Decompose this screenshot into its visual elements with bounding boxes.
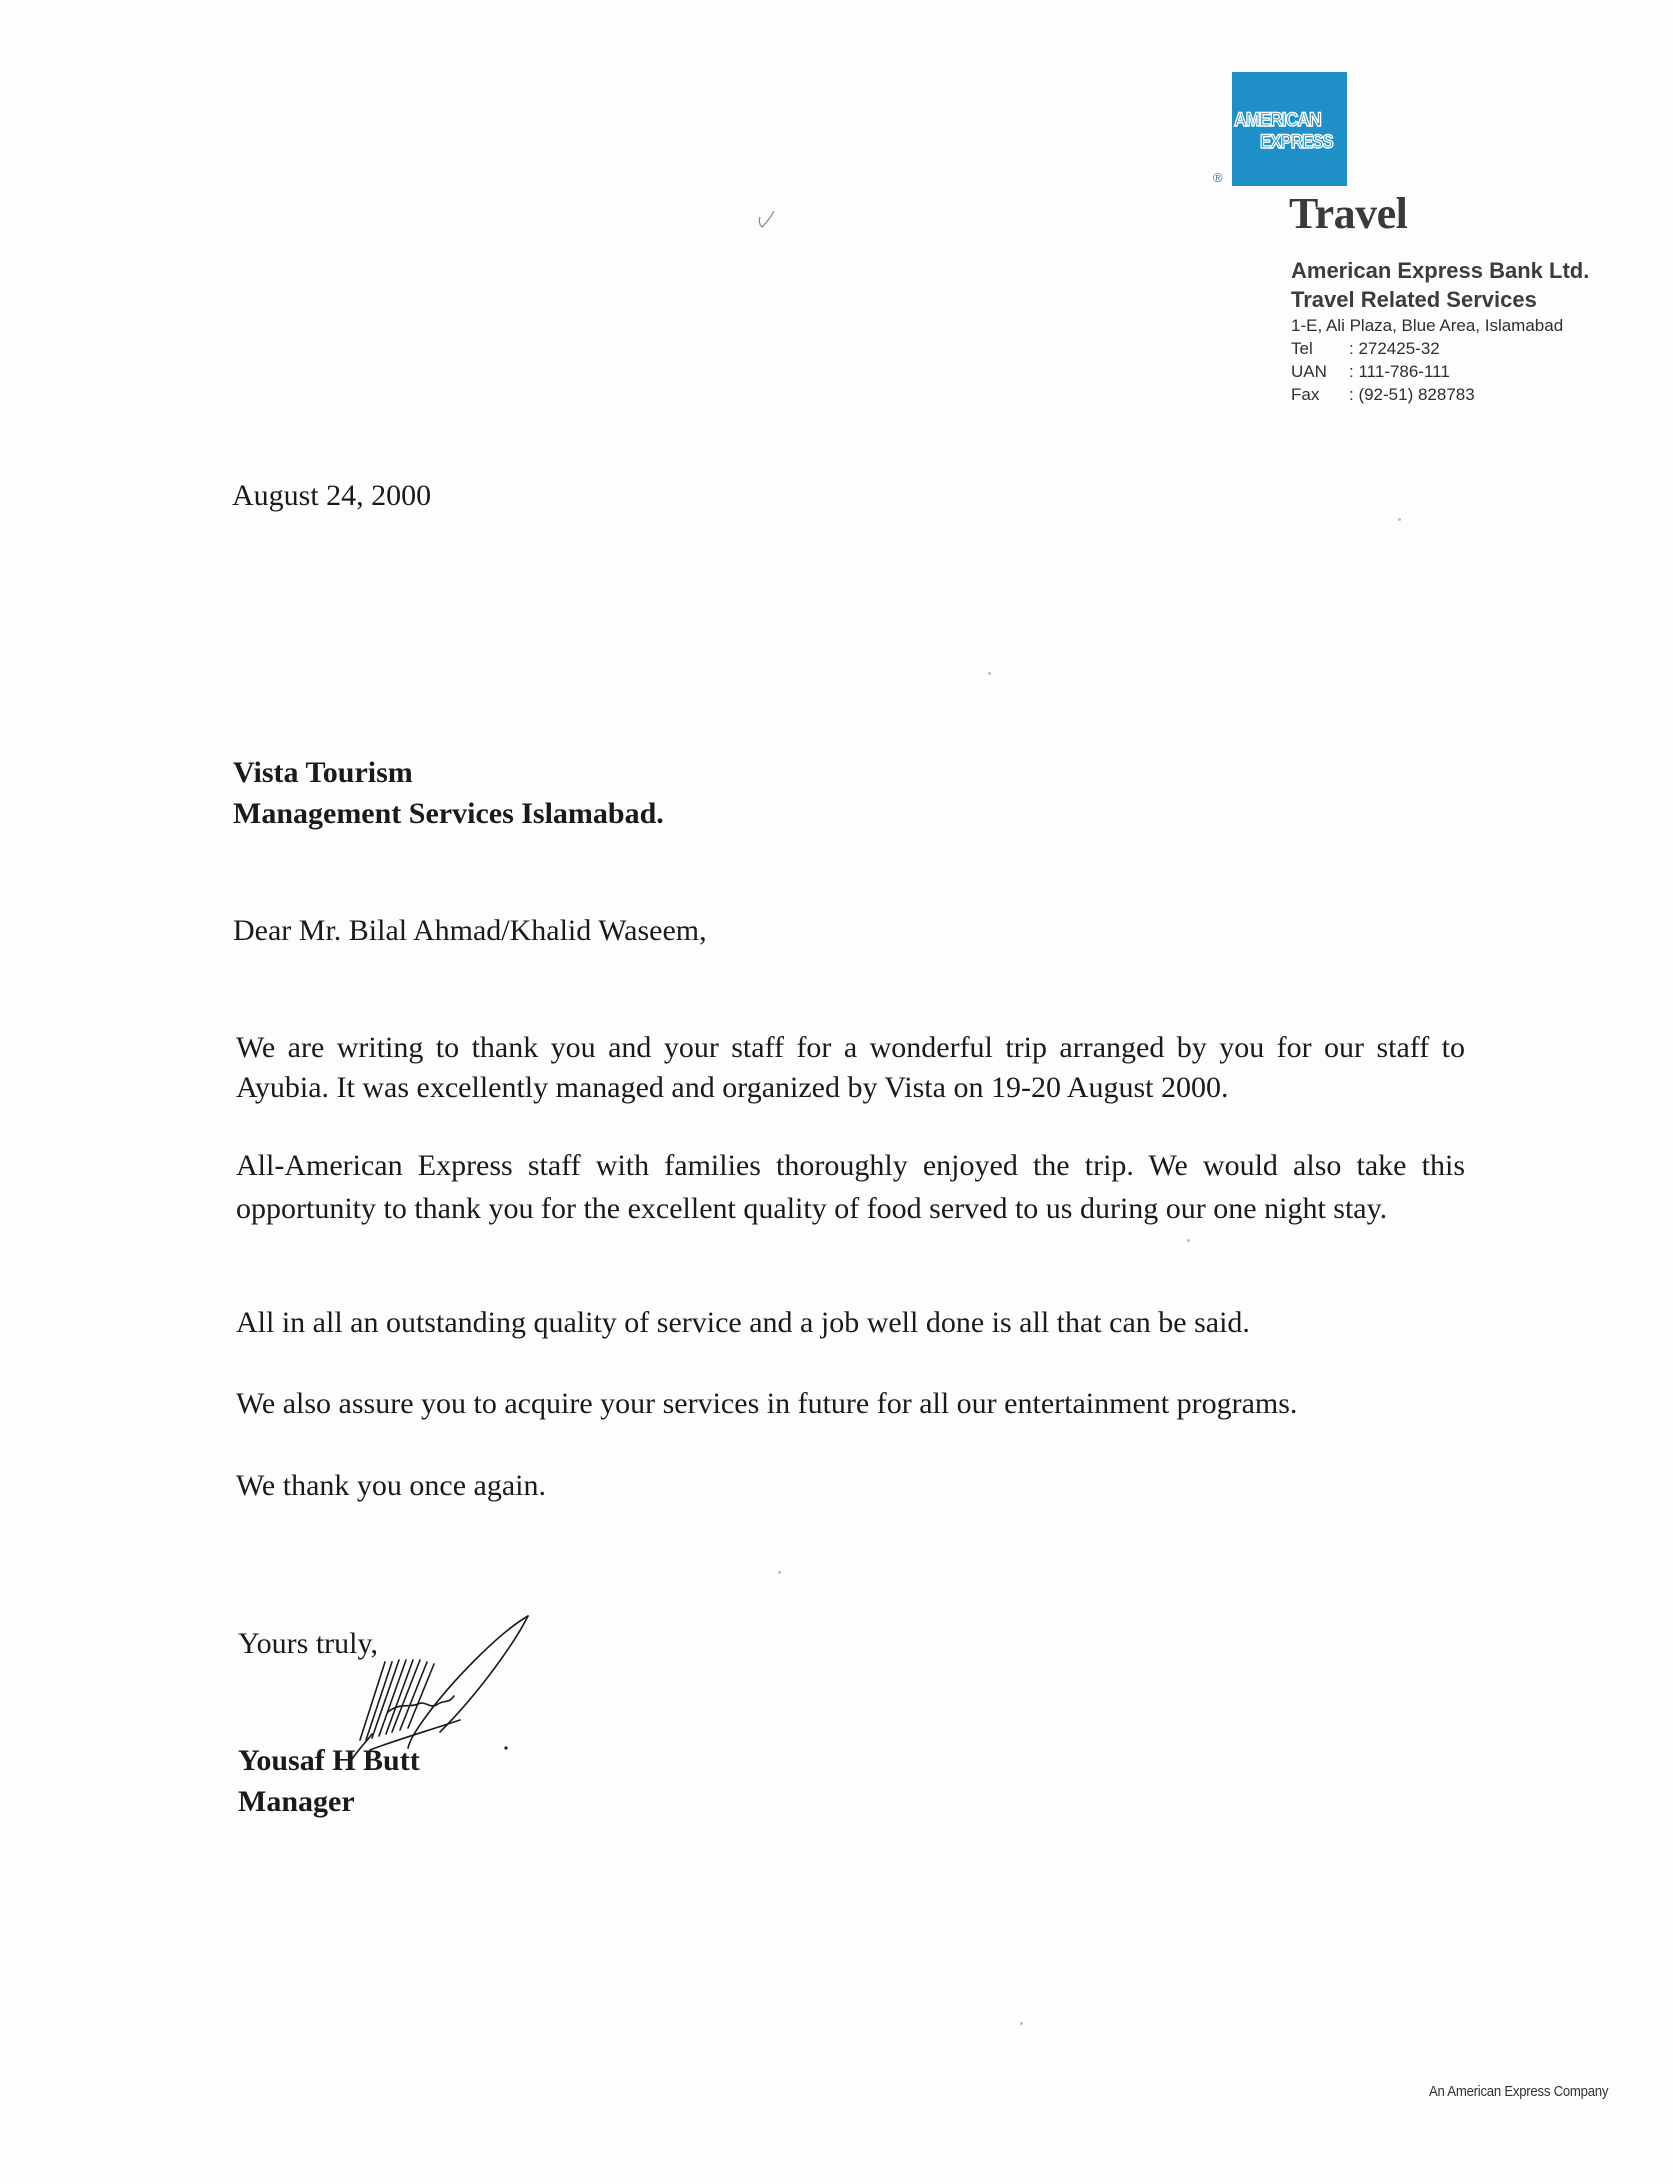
scan-speck — [1187, 1239, 1190, 1242]
contact-fax: Fax : (92-51) 828783 — [1291, 383, 1589, 406]
body-paragraph: We also assure you to acquire your servi… — [236, 1384, 1465, 1424]
body-paragraph: All in all an outstanding quality of ser… — [236, 1303, 1465, 1343]
contact-uan: UAN : 111-786-111 — [1291, 360, 1589, 383]
division-title: Travel — [1289, 188, 1407, 239]
contact-value: : 272425-32 — [1349, 337, 1440, 360]
signer-name: Yousaf H Butt — [238, 1740, 420, 1781]
scan-speck — [1398, 518, 1401, 521]
letter-date: August 24, 2000 — [232, 476, 431, 516]
recipient-address: Vista Tourism Management Services Islama… — [233, 752, 664, 834]
registered-mark-icon: ® — [1213, 170, 1223, 185]
recipient-line: Management Services Islamabad. — [233, 793, 664, 834]
contact-value: : (92-51) 828783 — [1349, 383, 1475, 406]
contact-tel: Tel : 272425-32 — [1291, 337, 1589, 360]
company-contact-block: American Express Bank Ltd. Travel Relate… — [1291, 256, 1589, 406]
body-paragraph: We are writing to thank you and your sta… — [236, 1028, 1465, 1108]
american-express-logo: AMERICAN EXPRESS — [1232, 72, 1347, 186]
contact-label: UAN — [1291, 360, 1349, 383]
department-name: Travel Related Services — [1291, 285, 1589, 314]
footer-tagline: An American Express Company — [1429, 2083, 1608, 2100]
body-paragraph: All-American Express staff with families… — [236, 1144, 1465, 1230]
recipient-line: Vista Tourism — [233, 752, 664, 793]
pencil-tick-mark-icon — [752, 205, 782, 235]
signer-title: Manager — [238, 1781, 420, 1822]
contact-label: Fax — [1291, 383, 1349, 406]
signer-block: Yousaf H Butt Manager — [238, 1740, 420, 1822]
salutation: Dear Mr. Bilal Ahmad/Khalid Waseem, — [233, 911, 707, 951]
logo-text-express: EXPRESS — [1260, 132, 1333, 154]
body-paragraph: We thank you once again. — [236, 1466, 1465, 1506]
logo-text-american: AMERICAN — [1234, 110, 1321, 132]
scan-speck — [988, 672, 991, 675]
contact-label: Tel — [1291, 337, 1349, 360]
scan-speck — [778, 1571, 781, 1574]
company-name: American Express Bank Ltd. — [1291, 256, 1589, 285]
company-address: 1-E, Ali Plaza, Blue Area, Islamabad — [1291, 314, 1589, 337]
scan-speck — [1020, 2022, 1023, 2025]
contact-value: : 111-786-111 — [1349, 360, 1450, 383]
